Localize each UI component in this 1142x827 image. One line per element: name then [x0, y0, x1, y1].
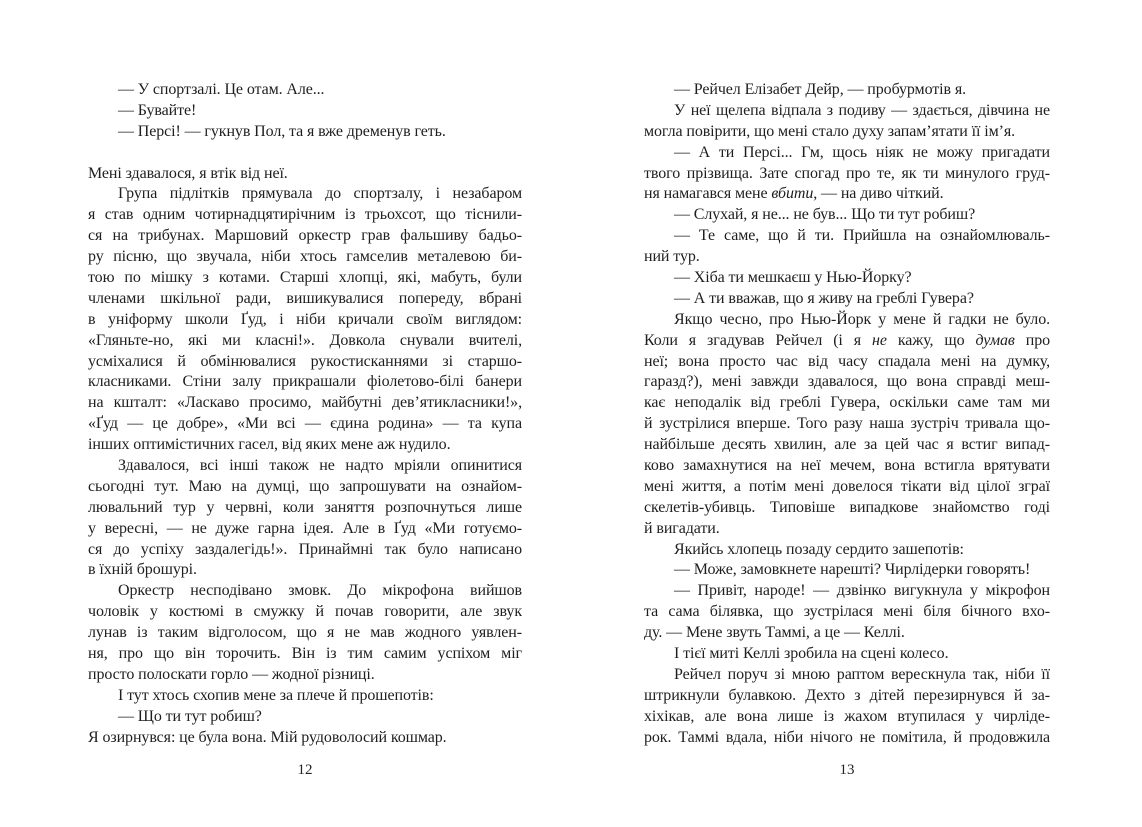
text-line: ня намагався мене вбити, — на диво чітки… — [644, 184, 1050, 205]
text-line: твого прізвища. Зате спогад про те, як т… — [644, 164, 1050, 185]
text-line: штрикнули булавкою. Дехто з дітей перези… — [644, 686, 1050, 707]
text-line: усміхалися й обмінювалися рукостисканням… — [88, 352, 522, 373]
text-line: І тут хтось схопив мене за плече й проше… — [88, 686, 522, 707]
text-line: сьогодні тут. Маю на думці, що запрошува… — [88, 477, 522, 498]
text-line: «Ґуд — це добре», «Ми всі — єдина родина… — [88, 414, 522, 435]
text-line: — А ти Персі... Гм, щось ніяк не можу пр… — [644, 143, 1050, 164]
text-line: — Привіт, народе! — дзвінко вигукнула у … — [644, 581, 1050, 602]
text-line: — Бувайте! — [88, 101, 522, 122]
text-line: — Що ти тут робиш? — [88, 707, 522, 728]
text-line: лунав із таким відголосом, що я не мав ж… — [88, 623, 522, 644]
text-line: просто полоскати горло — жодної різниці. — [88, 665, 522, 686]
text-line: — Хіба ти мешкаєш у Нью-Йорку? — [644, 268, 1050, 289]
text-line: — Персі! — гукнув Пол, та я вже дременув… — [88, 122, 522, 143]
text-line: й вигадати. — [644, 519, 1050, 540]
text-line: Оркестр несподівано змовк. До мікрофона … — [88, 581, 522, 602]
text-line: — Слухай, я не... не був... Що ти тут ро… — [644, 205, 1050, 226]
text-line: ду. — Мене звуть Таммі, а це — Келлі. — [644, 623, 1050, 644]
book-spread: { "colors": { "background": "#ffffff", "… — [0, 0, 1142, 827]
text-line: гаразд?), мені завжди здавалося, що вона… — [644, 372, 1050, 393]
text-line: Група підлітків прямувала до спортзалу, … — [88, 184, 522, 205]
text-line: Я озирнувся: це була вона. Мій рудоволос… — [88, 728, 522, 749]
text-line: ся до успіху заздалегідь!». Принаймні та… — [88, 540, 522, 561]
text-line: в уніформу школи Ґуд, і ніби кричали сво… — [88, 310, 522, 331]
text-line: У неї щелепа відпала з подиву — здається… — [644, 101, 1050, 122]
text-line: членами шкільної ради, вишикувалися попе… — [88, 289, 522, 310]
text-line: неї; вона просто час від часу спадала ме… — [644, 352, 1050, 373]
text-line: Здавалося, всі інші також не надто мріял… — [88, 456, 522, 477]
text-line: І тієї миті Келлі зробила на сцені колес… — [644, 644, 1050, 665]
text-line: Якщо чесно, про Нью-Йорк у мене й гадки … — [644, 310, 1050, 331]
text-line: ся на трибунах. Маршовий оркестр грав фа… — [88, 226, 522, 247]
text-line: — Рейчел Елізабет Дейр, — пробурмотів я. — [644, 80, 1050, 101]
page-right-text: — Рейчел Елізабет Дейр, — пробурмотів я.… — [644, 80, 1050, 749]
text-line: — А ти вважав, що я живу на греблі Гувер… — [644, 289, 1050, 310]
text-line: класниками. Стіни залу прикрашали фіолет… — [88, 372, 522, 393]
blank-line — [88, 143, 522, 164]
text-line: ково замахнутися на неї мечем, вона всти… — [644, 456, 1050, 477]
text-line: могла повірити, що мені стало духу запам… — [644, 122, 1050, 143]
text-line: мені життя, а потім мені довелося тікати… — [644, 477, 1050, 498]
page-number-right: 13 — [644, 761, 1050, 779]
text-line: Мені здавалося, я втік від неї. — [88, 164, 522, 185]
text-line: Рейчел поруч зі мною раптом верескнула т… — [644, 665, 1050, 686]
text-line: — Те саме, що й ти. Прийшла на ознайомлю… — [644, 226, 1050, 247]
text-line: Якийсь хлопець позаду сердито зашепотів: — [644, 540, 1050, 561]
text-line: — У спортзалі. Це отам. Але... — [88, 80, 522, 101]
text-line: Коли я згадував Рейчел (і я не кажу, що … — [644, 331, 1050, 352]
text-line: на кшталт: «Ласкаво просимо, майбутні де… — [88, 393, 522, 414]
text-line: ня, про що він торочить. Він із тим сами… — [88, 644, 522, 665]
text-line: тою по мішку з котами. Старші хлопці, як… — [88, 268, 522, 289]
text-line: рок. Таммі вдала, ніби нічого не помітил… — [644, 728, 1050, 749]
text-line: інших оптимістичних гасел, від яких мене… — [88, 435, 522, 456]
text-line: кає неподалік від греблі Гувера, оскільк… — [644, 393, 1050, 414]
text-line: «Гляньте-но, які ми класні!». Довкола сн… — [88, 331, 522, 352]
text-line: ру пісню, що звучала, ніби хтось гамсели… — [88, 247, 522, 268]
text-line: у вересні, — не дуже гарна ідея. Але в Ґ… — [88, 519, 522, 540]
text-line: в їхній брошурі. — [88, 560, 522, 581]
text-line: я став одним чотирнадцятирічним із трьох… — [88, 205, 522, 226]
text-line: чоловік у костюмі в смужку й почав говор… — [88, 602, 522, 623]
text-line: й зустрілися вперше. Того разу наша зуст… — [644, 414, 1050, 435]
text-line: — Може, замовкнете нарешті? Чирлідерки г… — [644, 560, 1050, 581]
page-left-text: — У спортзалі. Це отам. Але...— Бувайте!… — [88, 80, 522, 749]
text-line: ний тур. — [644, 247, 1050, 268]
text-line: та сама білявка, що зустрілася мені біля… — [644, 602, 1050, 623]
page-number-left: 12 — [88, 761, 522, 779]
text-line: найбільше десять хвилин, але за цей час … — [644, 435, 1050, 456]
text-line: скелетів-убивць. Типовіше випадкове знай… — [644, 498, 1050, 519]
text-line: хіхікав, але вона лише із жахом втупилас… — [644, 707, 1050, 728]
text-line: лювальний тур у червні, коли заняття роз… — [88, 498, 522, 519]
